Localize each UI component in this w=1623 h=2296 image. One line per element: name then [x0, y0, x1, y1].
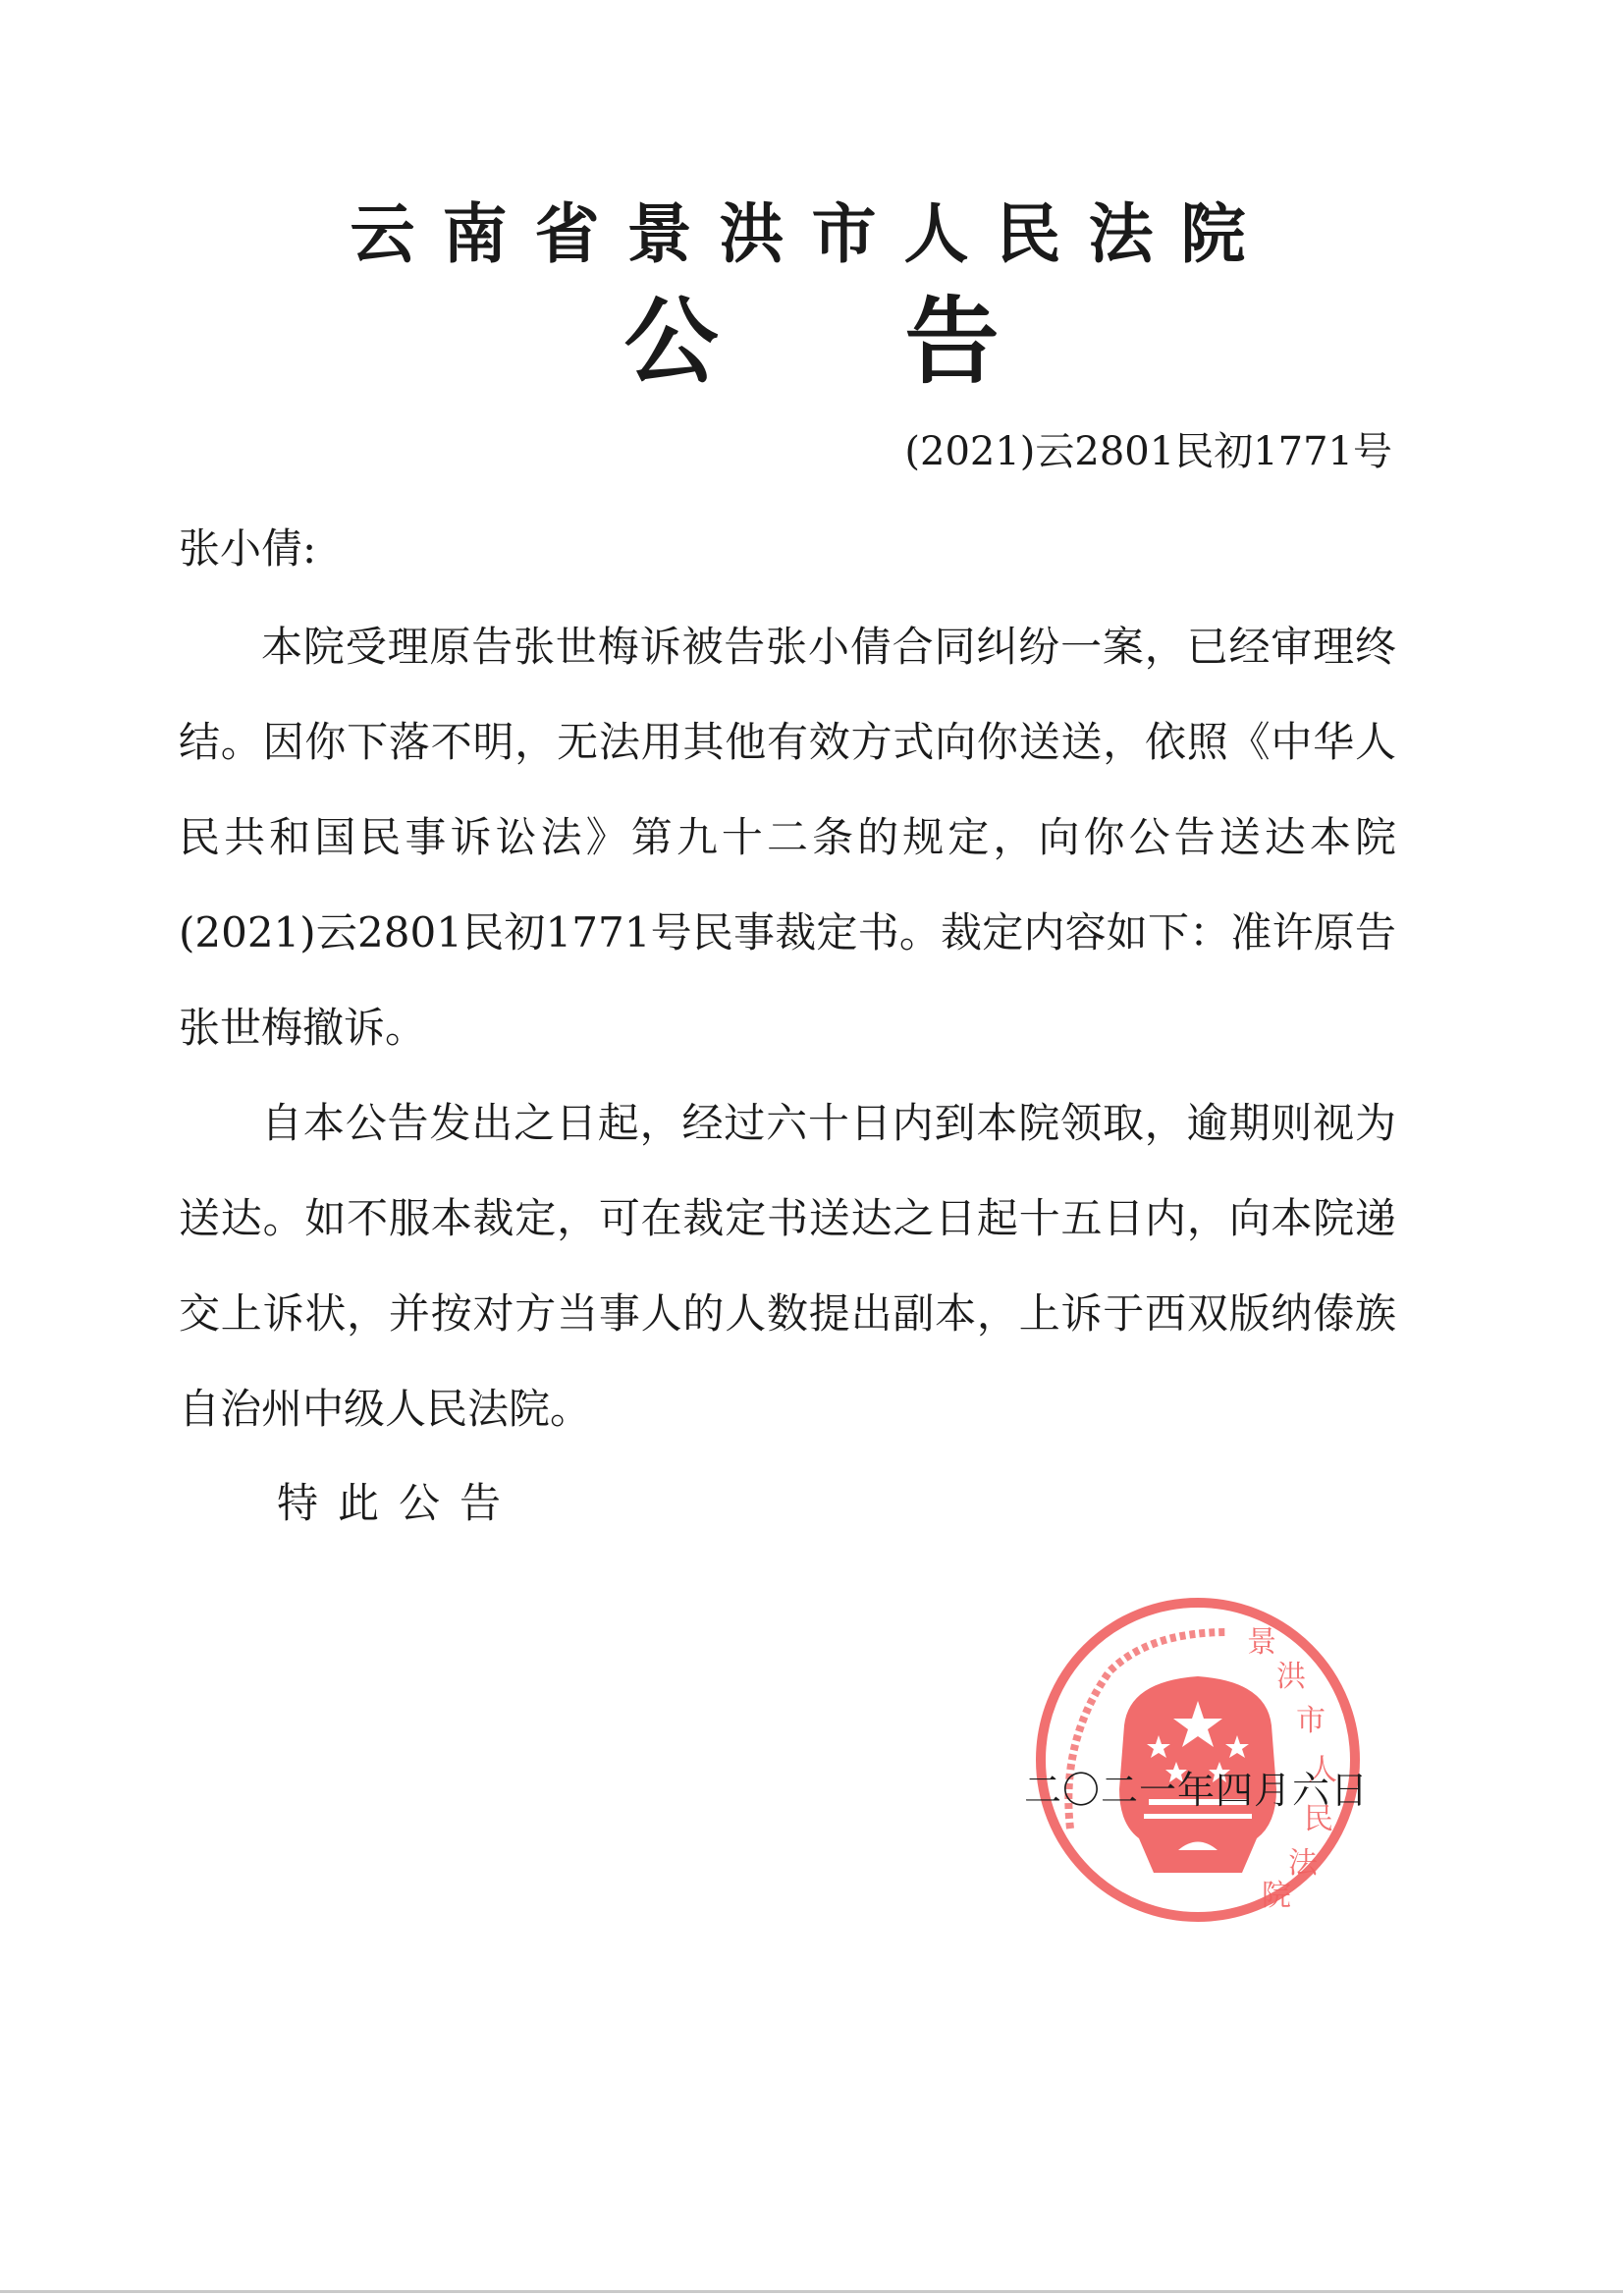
scan-edge-line: [0, 2290, 1623, 2293]
title-char-2: 告: [905, 295, 1000, 389]
svg-text:洪: 洪: [1276, 1660, 1306, 1694]
body-paragraph-2: 自本公告发出之日起，经过六十日内到本院领取，逾期则视为送达。如不服本裁定，可在裁…: [179, 1075, 1396, 1456]
document-page: 云南省景洪市人民法院 公告 (2021)云2801民初1771号 张小倩: 本院…: [0, 0, 1623, 2296]
svg-text:法: 法: [1288, 1846, 1319, 1881]
addressee: 张小倩:: [179, 528, 316, 570]
issue-date: 二〇二一年四月六日: [1024, 1772, 1369, 1809]
svg-text:市: 市: [1296, 1704, 1325, 1738]
svg-text:院: 院: [1262, 1879, 1291, 1913]
svg-text:景: 景: [1247, 1625, 1276, 1660]
body-paragraph-1: 本院受理原告张世梅诉被告张小倩合同纠纷一案，已经审理终结。因你下落不明，无法用其…: [179, 599, 1396, 1075]
closing-phrase: 特此公告: [277, 1483, 520, 1524]
notice-title: 公告: [0, 295, 1623, 389]
court-name-heading: 云南省景洪市人民法院: [0, 201, 1623, 266]
case-number: (2021)云2801民初1771号: [904, 432, 1392, 471]
title-char-1: 公: [624, 295, 719, 389]
court-seal-icon: 景 洪 市 人 民 法 院: [1031, 1593, 1365, 1927]
